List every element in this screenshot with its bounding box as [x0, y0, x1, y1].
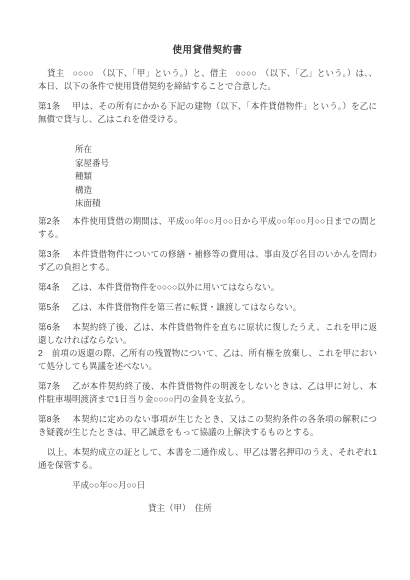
- document-title: 使用貸借契約書: [38, 44, 377, 57]
- property-field-type: 種類: [75, 170, 377, 184]
- property-description-list: 所在 家屋番号 種類 構造 床面積: [75, 143, 377, 211]
- article-2: 第2条本件使用貸借の期間は、平成○○年○○月○○日から平成○○年○○月○○日まで…: [38, 215, 377, 241]
- article-6-clause-2-text: 前項の返還の際、乙所有の残置物について、乙は、所有権を放棄し、これを甲において処…: [38, 348, 377, 371]
- lessor-signature-line: 貸主（甲） 住所: [148, 502, 377, 515]
- article-3: 第3条本件貸借物件についての修繕・補修等の費用は、事由及び名目のいかんを問わず乙…: [38, 248, 377, 274]
- article-1-text: 甲は、その所有にかかる下記の建物（以下、「本件貸借物件」という。）を乙に無償で貸…: [38, 101, 377, 124]
- article-2-number: 第2条: [38, 216, 60, 226]
- property-field-location: 所在: [75, 143, 377, 157]
- article-7-number: 第7条: [38, 381, 60, 391]
- article-2-text: 本件使用貸借の期間は、平成○○年○○月○○日から平成○○年○○月○○日までの間と…: [38, 216, 377, 239]
- article-6: 第6条本契約終了後、乙は、本件貸借物件を直ちに原状に復したうえ、これを甲に返還し…: [38, 321, 377, 347]
- contract-date: 平成○○年○○月○○日: [72, 479, 377, 492]
- article-6-clause-2-number: 2: [38, 348, 43, 358]
- article-3-number: 第3条: [38, 249, 60, 259]
- article-5-number: 第5条: [38, 302, 60, 312]
- article-3-text: 本件貸借物件についての修繕・補修等の費用は、事由及び名目のいかんを問わず乙の負担…: [38, 249, 377, 272]
- article-4-number: 第4条: [38, 282, 60, 292]
- contract-document-page: 使用貸借契約書 貸主 ○○○○ （以下、「甲」という。）と、借主 ○○○○ （以…: [0, 0, 410, 580]
- closing-statement: 以上、本契約成立の証として、本書を二通作成し、甲乙は署名押印のうえ、それぞれ1通…: [38, 446, 377, 472]
- article-1: 第1条甲は、その所有にかかる下記の建物（以下、「本件貸借物件」という。）を乙に無…: [38, 100, 377, 126]
- article-5-text: 乙は、本件貸借物件を第三者に転貸・譲渡してはならない。: [72, 302, 302, 312]
- article-4-text: 乙は、本件貸借物件を○○○○以外に用いてはならない。: [72, 282, 280, 292]
- property-field-floor-area: 床面積: [75, 197, 377, 211]
- article-4: 第4条乙は、本件貸借物件を○○○○以外に用いてはならない。: [38, 281, 377, 294]
- article-6-text: 本契約終了後、乙は、本件貸借物件を直ちに原状に復したうえ、これを甲に返還しなけれ…: [38, 322, 377, 345]
- property-field-structure: 構造: [75, 184, 377, 198]
- property-field-building-number: 家屋番号: [75, 157, 377, 171]
- article-8: 第8条本契約に定めのない事項が生じたとき、又はこの契約条件の各条項の解釈につき疑…: [38, 413, 377, 439]
- preamble-paragraph: 貸主 ○○○○ （以下、「甲」という。）と、借主 ○○○○ （以下、「乙」という…: [38, 67, 377, 93]
- article-6-number: 第6条: [38, 322, 60, 332]
- article-8-text: 本契約に定めのない事項が生じたとき、又はこの契約条件の各条項の解釈につき疑義が生…: [38, 414, 377, 437]
- article-8-number: 第8条: [38, 414, 60, 424]
- article-7: 第7条乙が本件契約終了後、本件貸借物件の明渡をしないときは、乙は甲に対し、本件駐…: [38, 380, 377, 406]
- article-1-number: 第1条: [38, 101, 60, 111]
- article-6-clause-2: 2前項の返還の際、乙所有の残置物について、乙は、所有権を放棄し、これを甲において…: [38, 347, 377, 373]
- article-5: 第5条乙は、本件貸借物件を第三者に転貸・譲渡してはならない。: [38, 301, 377, 314]
- article-7-text: 乙が本件契約終了後、本件貸借物件の明渡をしないときは、乙は甲に対し、本件駐車場明…: [38, 381, 377, 404]
